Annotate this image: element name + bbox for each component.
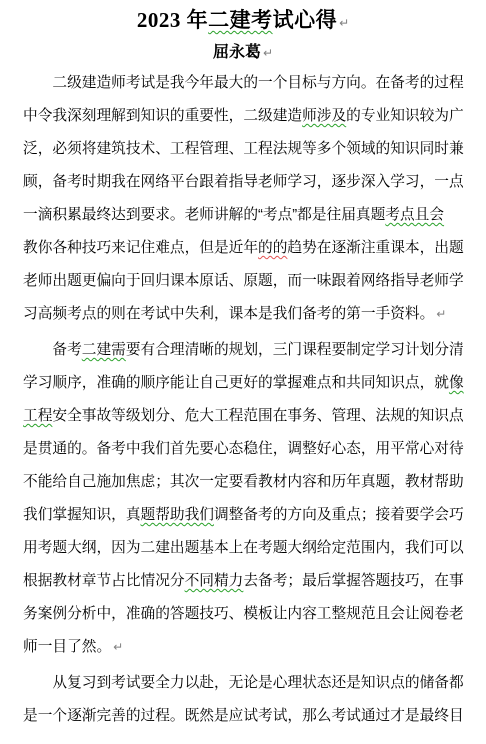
document-page: 2023 年二建考试心得↵ 屈永葛↵ 二级建造师考试是我今年最大的一个目标与方向… — [0, 0, 486, 744]
text-line: 是贯通的。备考中我们首先要心态稳住，调整好心态，用平常心对待 — [23, 433, 464, 466]
text-line: 老师出题更偏向于回归课本原话、原题，而一味跟着网络指导老师学 — [23, 265, 464, 298]
text-line: 用考题大纲，因为二建出题基本上在考题大纲给定范围内，我们可以 — [23, 532, 464, 565]
text-line: 根据教材章节占比情况分不同精力去备考；最后掌握答题技巧，在事 — [23, 565, 464, 598]
paragraph-mark-icon: ↵ — [339, 16, 349, 30]
text-segment: 习高频考点的则在考试中失利，课本是我们备考的第一手资料。 — [23, 306, 434, 322]
paragraph: 从复习到考试要全力以赴，无论是心理状态还是知识点的储备都是一个逐渐完善的过程。既… — [23, 667, 464, 733]
text-segment: 教你各种技巧来记住难点，但是近年 — [23, 240, 258, 256]
text-segment: 要有合理清晰的规划，三门课程要制定学习计划分清 — [126, 342, 464, 358]
text-line: 学习顺序，准确的顺序能让自己更好的掌握难点和共同知识点，就像 — [23, 367, 464, 400]
text-segment: 师一目了然。 — [23, 639, 111, 655]
text-segment: 一滴积累最终达到要求。老师讲解的“考点”都是往届真题 — [23, 207, 385, 223]
text-line: 一滴积累最终达到要求。老师讲解的“考点”都是往届真题考点且会 — [23, 199, 464, 232]
text-segment: 屈永葛 — [213, 44, 261, 61]
text-segment: 顾，备考时期我在网络平台跟着指导老师学习，逐步深入学习，一点 — [23, 174, 464, 190]
text-line: 师一目了然。↵ — [23, 631, 464, 664]
text-line: 二级建造师考试是我今年最大的一个目标与方向。在备考的过程 — [23, 67, 464, 100]
document-body: 二级建造师考试是我今年最大的一个目标与方向。在备考的过程中令我深刻理解到知识的重… — [23, 67, 464, 733]
paragraph-mark-icon: ↵ — [436, 307, 446, 321]
spell-error-green: 工程 — [23, 408, 52, 424]
text-segment: 从复习到考试要全力以赴，无论是心理状态还是知识点的储备都 — [52, 675, 463, 691]
text-segment: 是一个逐渐完善的过程。既然是应试考试，那么考试通过才是最终目 — [23, 708, 464, 724]
text-line: 习高频考点的则在考试中失利，课本是我们备考的第一手资料。↵ — [23, 298, 464, 331]
text-segment: 务案例分析中，准确的答题技巧、模板让内容工整规范且会让阅卷老 — [23, 606, 464, 622]
text-line: 务案例分析中，准确的答题技巧、模板让内容工整规范且会让阅卷老 — [23, 598, 464, 631]
text-line: 顾，备考时期我在网络平台跟着指导老师学习，逐步深入学习，一点 — [23, 166, 464, 199]
text-segment: 泛，必须将建筑技术、工程管理、工程法规等多个领域的知识同时兼 — [23, 141, 464, 157]
text-segment: 试心得 — [273, 8, 338, 32]
text-segment: 根据教材章节占比情况分 — [23, 573, 185, 589]
spell-error-green: 考点且会 — [385, 207, 444, 223]
spell-error-red: 的的 — [258, 240, 287, 256]
text-line: 从复习到考试要全力以赴，无论是心理状态还是知识点的储备都 — [23, 667, 464, 700]
text-line: 是一个逐渐完善的过程。既然是应试考试，那么考试通过才是最终目 — [23, 700, 464, 733]
text-line: 不能给自己施加焦虑；其次一定要看教材内容和历年真题，教材帮助 — [23, 466, 464, 499]
text-segment: 不能给自己施加焦虑；其次一定要看教材内容和历年真题，教材帮助 — [23, 474, 464, 490]
spell-error-green: 不同精力 — [185, 573, 244, 589]
text-line: 备考二建需要有合理清晰的规划，三门课程要制定学习计划分清 — [23, 334, 464, 367]
text-segment: 用考题大纲，因为二建出题基本上在考题大纲给定范围内，我们可以 — [23, 540, 464, 556]
text-segment: 的专业知识较为广 — [346, 108, 464, 124]
paragraph: 二级建造师考试是我今年最大的一个目标与方向。在备考的过程中令我深刻理解到知识的重… — [23, 67, 464, 331]
text-segment: 备考 — [52, 342, 81, 358]
text-segment: 是贯通的。备考中我们首先要心态稳住，调整好心态，用平常心对待 — [23, 441, 464, 457]
text-segment: 趋势在逐渐注重课本，出题 — [287, 240, 463, 256]
spell-error-green: 二建考 — [208, 8, 273, 32]
paragraph-mark-icon: ↵ — [263, 46, 273, 60]
text-segment: 学习顺序，准确的顺序能让自己更好的掌握难点和共同知识点，就 — [23, 375, 449, 391]
text-segment: 2023 年 — [137, 8, 208, 32]
text-segment: 我们掌握知识，真 — [23, 507, 141, 523]
spell-error-green: 像 — [449, 375, 464, 391]
paragraph: 备考二建需要有合理清晰的规划，三门课程要制定学习计划分清学习顺序，准确的顺序能让… — [23, 334, 464, 664]
text-segment: 调整备考的方向及重点；接着要学会巧 — [214, 507, 464, 523]
paragraph-mark-icon: ↵ — [113, 640, 123, 654]
document-title: 2023 年二建考试心得↵ — [0, 0, 486, 36]
text-segment: 去备考；最后掌握答题技巧，在事 — [243, 573, 463, 589]
author-name: 屈永葛↵ — [0, 41, 486, 65]
text-line: 泛，必须将建筑技术、工程管理、工程法规等多个领域的知识同时兼 — [23, 133, 464, 166]
text-segment: 老师出题更偏向于回归课本原话、原题，而一味跟着网络指导老师学 — [23, 273, 464, 289]
spell-error-green: 师涉及 — [302, 108, 346, 124]
text-line: 中令我深刻理解到知识的重要性，二级建造师涉及的专业知识较为广 — [23, 100, 464, 133]
text-segment: 安全事故等级划分、危大工程范围在事务、管理、法规的知识点 — [52, 408, 463, 424]
text-line: 教你各种技巧来记住难点，但是近年的的趋势在逐渐注重课本，出题 — [23, 232, 464, 265]
spell-error-green: 题帮助我们 — [141, 507, 214, 523]
text-segment: 二级建造师考试是我今年最大的一个目标与方向。在备考的过程 — [52, 75, 463, 91]
text-segment: 中令我深刻理解到知识的重要性，二级建造 — [23, 108, 302, 124]
text-line: 工程安全事故等级划分、危大工程范围在事务、管理、法规的知识点 — [23, 400, 464, 433]
text-line: 我们掌握知识，真题帮助我们调整备考的方向及重点；接着要学会巧 — [23, 499, 464, 532]
spell-error-green: 二建需 — [82, 342, 126, 358]
